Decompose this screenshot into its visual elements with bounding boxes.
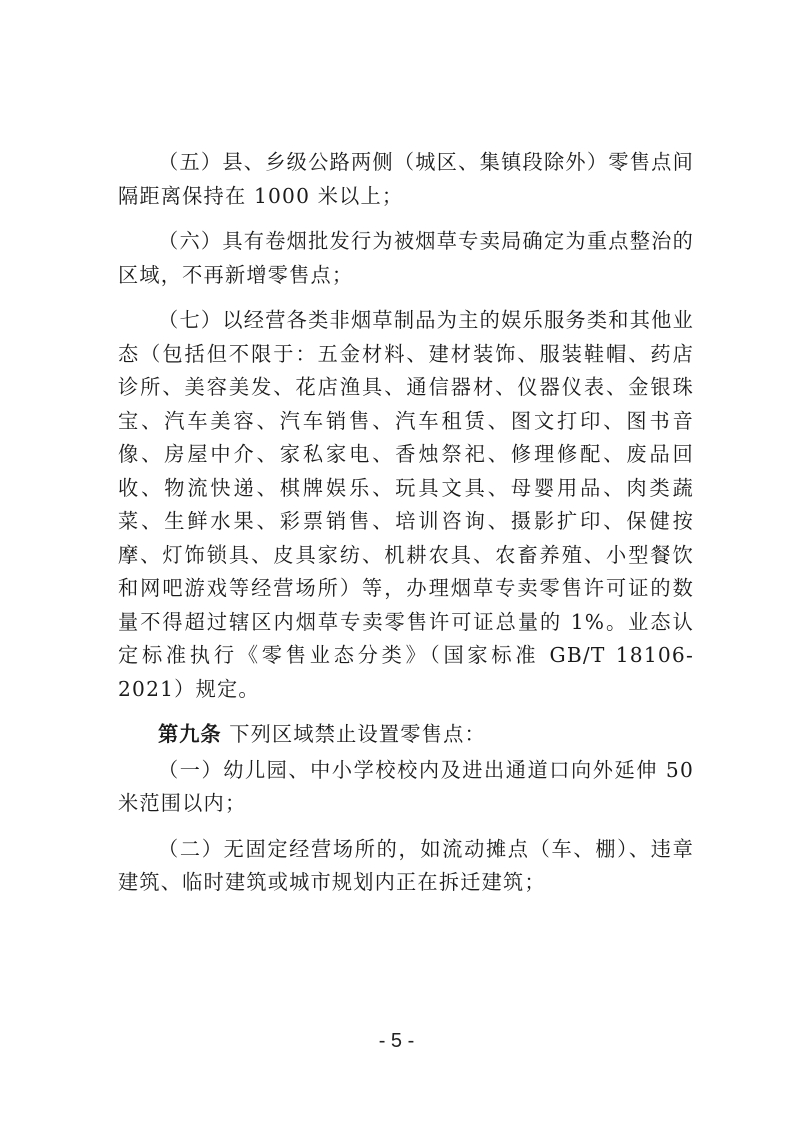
document-body: （五）县、乡级公路两侧（城区、集镇段除外）零售点间隔距离保持在 1000 米以上…	[118, 146, 694, 912]
page-number: - 5 -	[0, 1030, 793, 1053]
article-9-clause-2: （二）无固定经营场所的，如流动摊点（车、棚）、违章建筑、临时建筑或城市规划内正在…	[118, 833, 694, 900]
clause-6: （六）具有卷烟批发行为被烟草专卖局确定为重点整治的区域，不再新增零售点；	[118, 225, 694, 292]
article-label: 第九条	[158, 722, 222, 746]
document-page: （五）县、乡级公路两侧（城区、集镇段除外）零售点间隔距离保持在 1000 米以上…	[0, 0, 793, 1122]
article-9-text: 下列区域禁止设置零售点：	[222, 722, 486, 746]
article-9-clause-1: （一）幼儿园、中小学校校内及进出通道口向外延伸 50 米范围以内；	[118, 754, 694, 821]
clause-5: （五）县、乡级公路两侧（城区、集镇段除外）零售点间隔距离保持在 1000 米以上…	[118, 146, 694, 213]
article-9-heading: 第九条 下列区域禁止设置零售点：	[118, 718, 694, 752]
clause-7: （七）以经营各类非烟草制品为主的娱乐服务类和其他业态（包括但不限于：五金材料、建…	[118, 304, 694, 706]
